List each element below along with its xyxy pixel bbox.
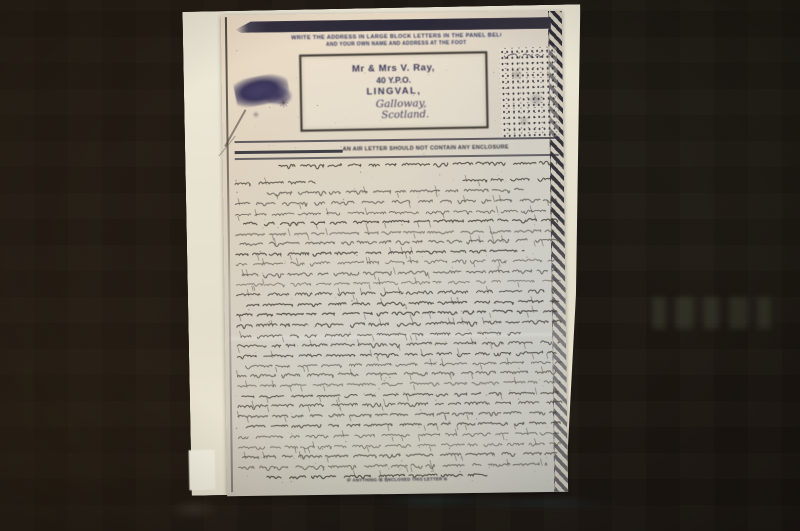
backing-sheet-corner: [189, 450, 216, 491]
floor-smudge: [168, 498, 220, 520]
faint-background-watermark: [645, 297, 773, 329]
photo-of-letter: WRITE THE ADDRESS IN LARGE BLOCK LETTERS…: [0, 0, 800, 531]
reflection-smudge: [350, 492, 635, 512]
handwriting-layer: [221, 11, 568, 496]
letter-sheet: WRITE THE ADDRESS IN LARGE BLOCK LETTERS…: [221, 11, 568, 496]
